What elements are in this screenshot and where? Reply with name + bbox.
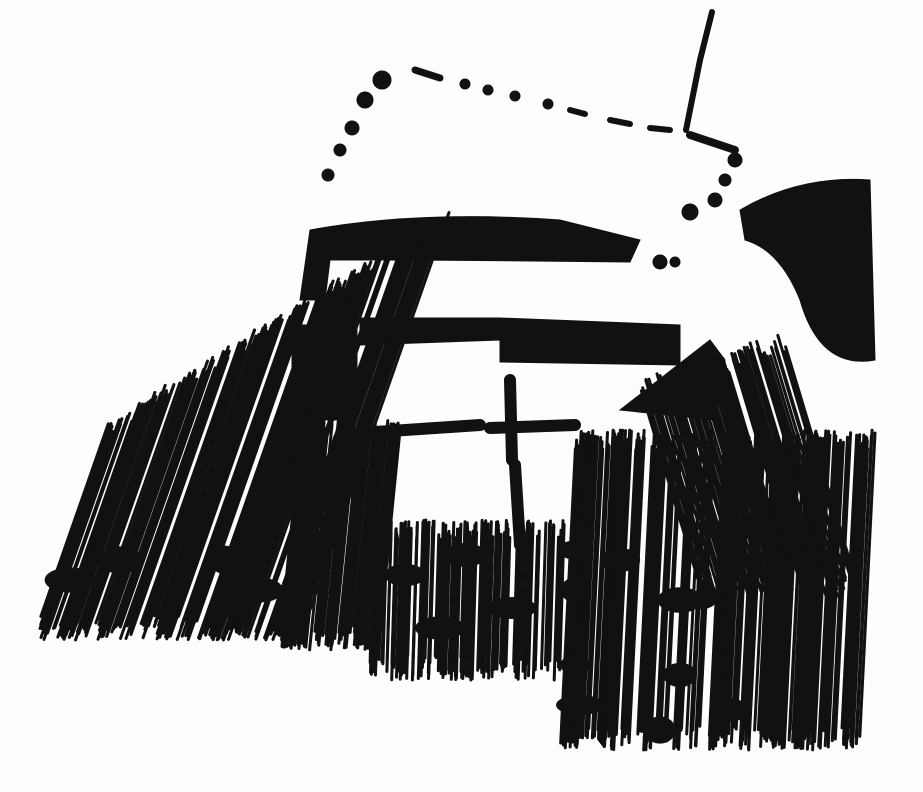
cross: [375, 380, 575, 545]
sketch-drawing: [0, 0, 923, 792]
hatching-strokes: [40, 213, 875, 750]
pole-stroke: [686, 12, 712, 130]
right-roof: [740, 179, 875, 361]
ink-sketch: [0, 0, 923, 792]
